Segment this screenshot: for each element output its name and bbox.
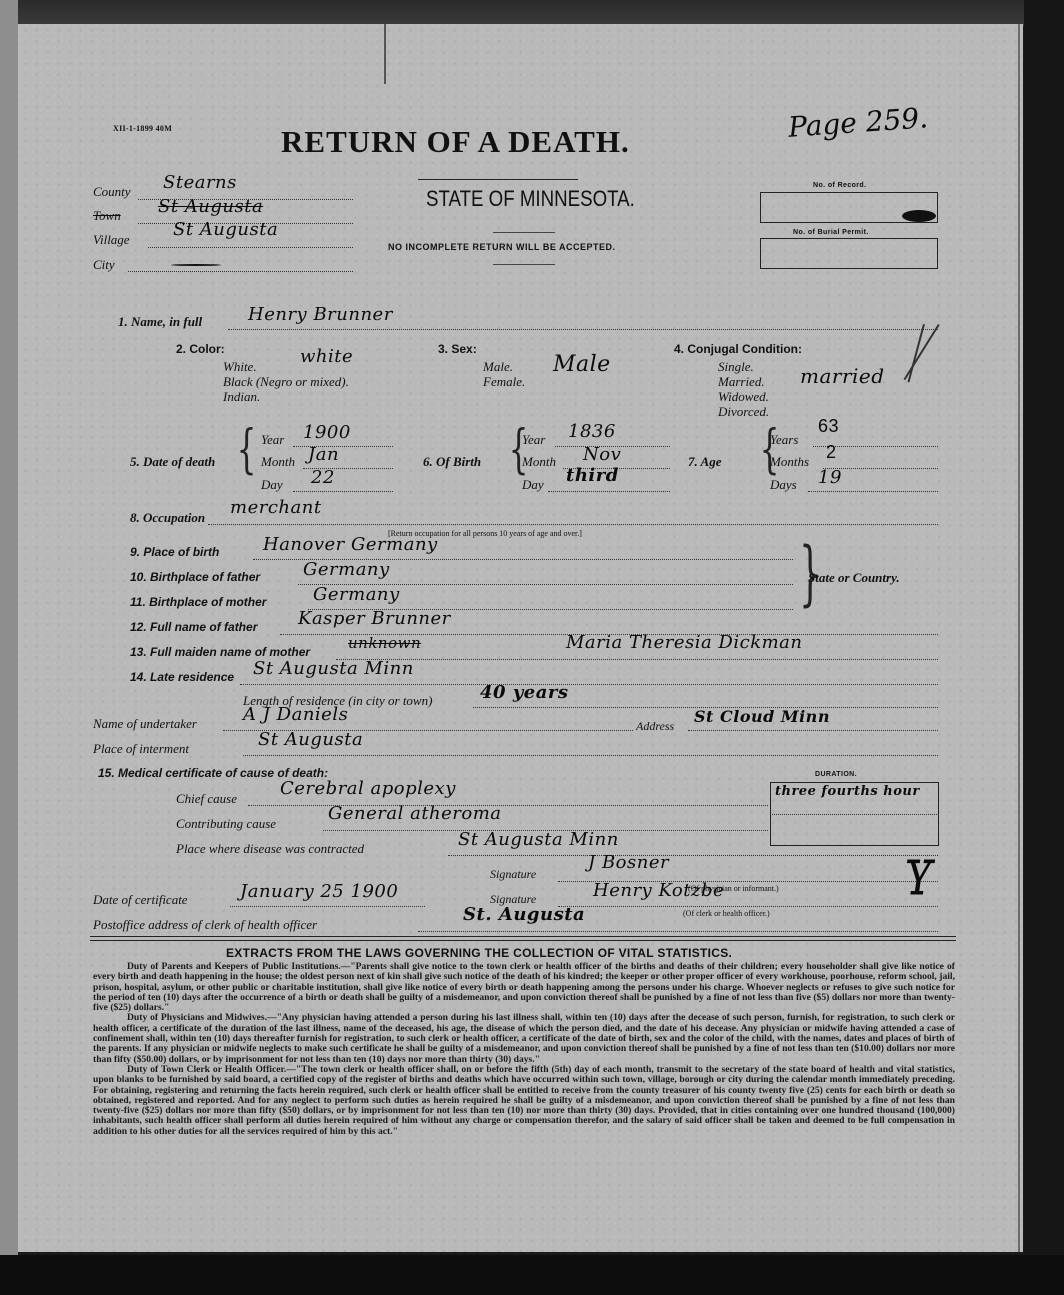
conjugal-option-single: Single. [718,359,769,374]
law-paragraph-physicians: Duty of Physicians and Midwives.—"Any ph… [93,1013,955,1064]
city-label: City [93,257,115,273]
death-month-value: Jan [308,444,339,465]
birth-day-line [548,491,670,492]
death-record-sheet: XII-1-1899 40M RETURN OF A DEATH. Page 2… [18,24,1023,1252]
disease-place-line [448,855,938,856]
birth-day-label: Day [522,477,544,493]
occupation-value: merchant [230,497,322,518]
laws-text: Duty of Parents and Keepers of Public In… [93,962,955,1137]
contributing-cause-label: Contributing cause [176,816,276,832]
birth-year-value: 1836 [568,421,616,442]
death-date-label: 5. Date of death [130,454,215,470]
ink-blot [902,210,936,222]
age-months-label: Months [770,454,809,470]
page-annotation: Page 259. [787,101,929,144]
conjugal-value: married [800,364,885,388]
chief-cause-value: Cerebral apoplexy [280,778,456,799]
postoffice-label: Postoffice address of clerk of health of… [93,917,317,933]
sex-option-female: Female. [483,374,525,389]
sex-label: 3. Sex: [438,342,477,356]
conjugal-option-married: Married. [718,374,769,389]
conjugal-option-widowed: Widowed. [718,389,769,404]
check-mark-stroke [907,324,924,382]
age-years-value: 63 [818,416,839,437]
birth-month-label: Month [522,454,556,470]
certificate-date-line [230,906,425,907]
village-value: St Augusta [173,219,278,240]
city-dash-mark [171,264,221,266]
signature-clerk-note: (Of clerk or health officer.) [683,909,770,918]
age-months-value: 2 [826,442,837,463]
signature-physician-label: Signature [490,867,536,882]
laws-title: EXTRACTS FROM THE LAWS GOVERNING THE COL… [226,946,732,960]
mother-birthplace-label: 11. Birthplace of mother [130,595,266,609]
certificate-date-value: January 25 1900 [240,881,398,902]
marginal-mark: ʏ [903,833,934,911]
law-paragraph-parents: Duty of Parents and Keepers of Public In… [93,962,955,1013]
death-month-label: Month [261,454,295,470]
state-divider [493,232,555,233]
color-value: white [300,346,353,367]
length-residence-value: 40 years [480,682,569,703]
interment-label: Place of interment [93,741,189,757]
address-line [688,730,938,731]
color-option-black: Black (Negro or mixed). [223,374,349,389]
death-day-label: Day [261,477,283,493]
mother-name-line [336,659,938,660]
scan-background-right [1024,0,1064,1295]
age-days-value: 19 [818,467,842,488]
conjugal-label: 4. Conjugal Condition: [674,342,802,356]
county-value: Stearns [163,172,237,193]
record-number-label: No. of Record. [813,182,866,189]
signature-clerk-value: Henry Kotzbe [593,880,724,901]
sex-value: Male [553,352,611,377]
scan-background-bottom [0,1255,1064,1295]
residence-value: St Augusta Minn [253,658,414,679]
duration-divider [770,814,937,815]
name-line [228,329,938,330]
birthplace-value: Hanover Germany [263,534,438,555]
age-label: 7. Age [688,454,721,470]
state-heading: STATE OF MINNESOTA. [426,186,635,212]
postoffice-value: St. Augusta [463,904,585,925]
address-label: Address [636,719,674,734]
page-title: RETURN OF A DEATH. [281,124,630,160]
occupation-label: 8. Occupation [130,510,205,526]
residence-line [240,684,938,685]
signature-clerk-line [558,906,938,907]
duration-label: DURATION. [815,771,857,778]
postoffice-line [418,931,938,932]
law-body: "The town clerk or health officer shall,… [93,1064,955,1137]
death-year-value: 1900 [303,422,351,443]
death-year-label: Year [261,432,284,448]
birthplace-label: 9. Place of birth [130,545,219,559]
county-label: County [93,184,131,200]
law-paragraph-clerk: Duty of Town Clerk or Health Officer.—"T… [93,1065,955,1137]
interment-value: St Augusta [258,729,363,750]
burial-permit-label: No. of Burial Permit. [793,229,869,236]
birth-date-label: 6. Of Birth [423,454,481,470]
contributing-cause-value: General atheroma [328,803,502,824]
city-line [128,271,353,272]
burial-permit-box[interactable] [760,238,938,269]
mother-name-value: Maria Theresia Dickman [566,632,803,653]
father-birthplace-label: 10. Birthplace of father [130,570,260,584]
birth-year-label: Year [522,432,545,448]
signature-physician-value: J Bosner [588,852,669,873]
name-value: Henry Brunner [248,304,393,325]
certificate-date-label: Date of certificate [93,892,188,908]
mother-name-label: 13. Full maiden name of mother [130,645,310,659]
conjugal-options: Single. Married. Widowed. Divorced. [718,359,769,419]
scan-background-top [0,0,1064,26]
color-label: 2. Color: [176,342,225,356]
town-label: Town [93,208,121,224]
undertaker-value: A J Daniels [243,704,348,725]
name-label: 1. Name, in full [118,314,202,330]
birth-day-value: third [566,465,619,486]
scan-background-left [0,0,18,1295]
sex-options: Male. Female. [483,359,525,389]
father-birthplace-value: Germany [303,559,390,580]
form-code: XII-1-1899 40M [113,124,172,133]
disease-place-label: Place where disease was contracted [176,841,364,857]
state-or-country-label: State or Country. [808,570,900,586]
mother-name-struck: unknown [348,634,421,652]
sex-option-male: Male. [483,359,525,374]
father-name-value: Kasper Brunner [298,608,451,629]
father-name-label: 12. Full name of father [130,620,257,634]
paper-crease [384,24,386,84]
incomplete-notice: NO INCOMPLETE RETURN WILL BE ACCEPTED. [388,242,616,252]
village-line [148,247,353,248]
undertaker-label: Name of undertaker [93,716,197,732]
conjugal-option-divorced: Divorced. [718,404,769,419]
age-days-label: Days [770,477,797,493]
death-day-value: 22 [311,467,335,488]
chief-cause-label: Chief cause [176,791,237,807]
death-day-line [293,491,393,492]
birth-month-value: Nov [583,444,621,465]
interment-line [243,755,938,756]
chief-cause-line [248,805,768,806]
color-option-indian: Indian. [223,389,349,404]
laws-divider [90,936,956,941]
address-value: St Cloud Minn [694,707,830,726]
age-days-line [808,491,938,492]
notice-divider [493,264,555,265]
mother-birthplace-value: Germany [313,584,400,605]
title-divider [418,179,578,180]
disease-place-value: St Augusta Minn [458,829,619,850]
town-value: St Augusta [158,196,263,217]
sheet-edge [1018,24,1020,1252]
village-label: Village [93,232,130,248]
occupation-line [208,524,938,525]
death-date-brace: { [237,424,257,476]
chief-cause-duration: three fourths hour [775,784,920,799]
residence-label: 14. Late residence [130,670,234,684]
age-years-label: Years [770,432,798,448]
